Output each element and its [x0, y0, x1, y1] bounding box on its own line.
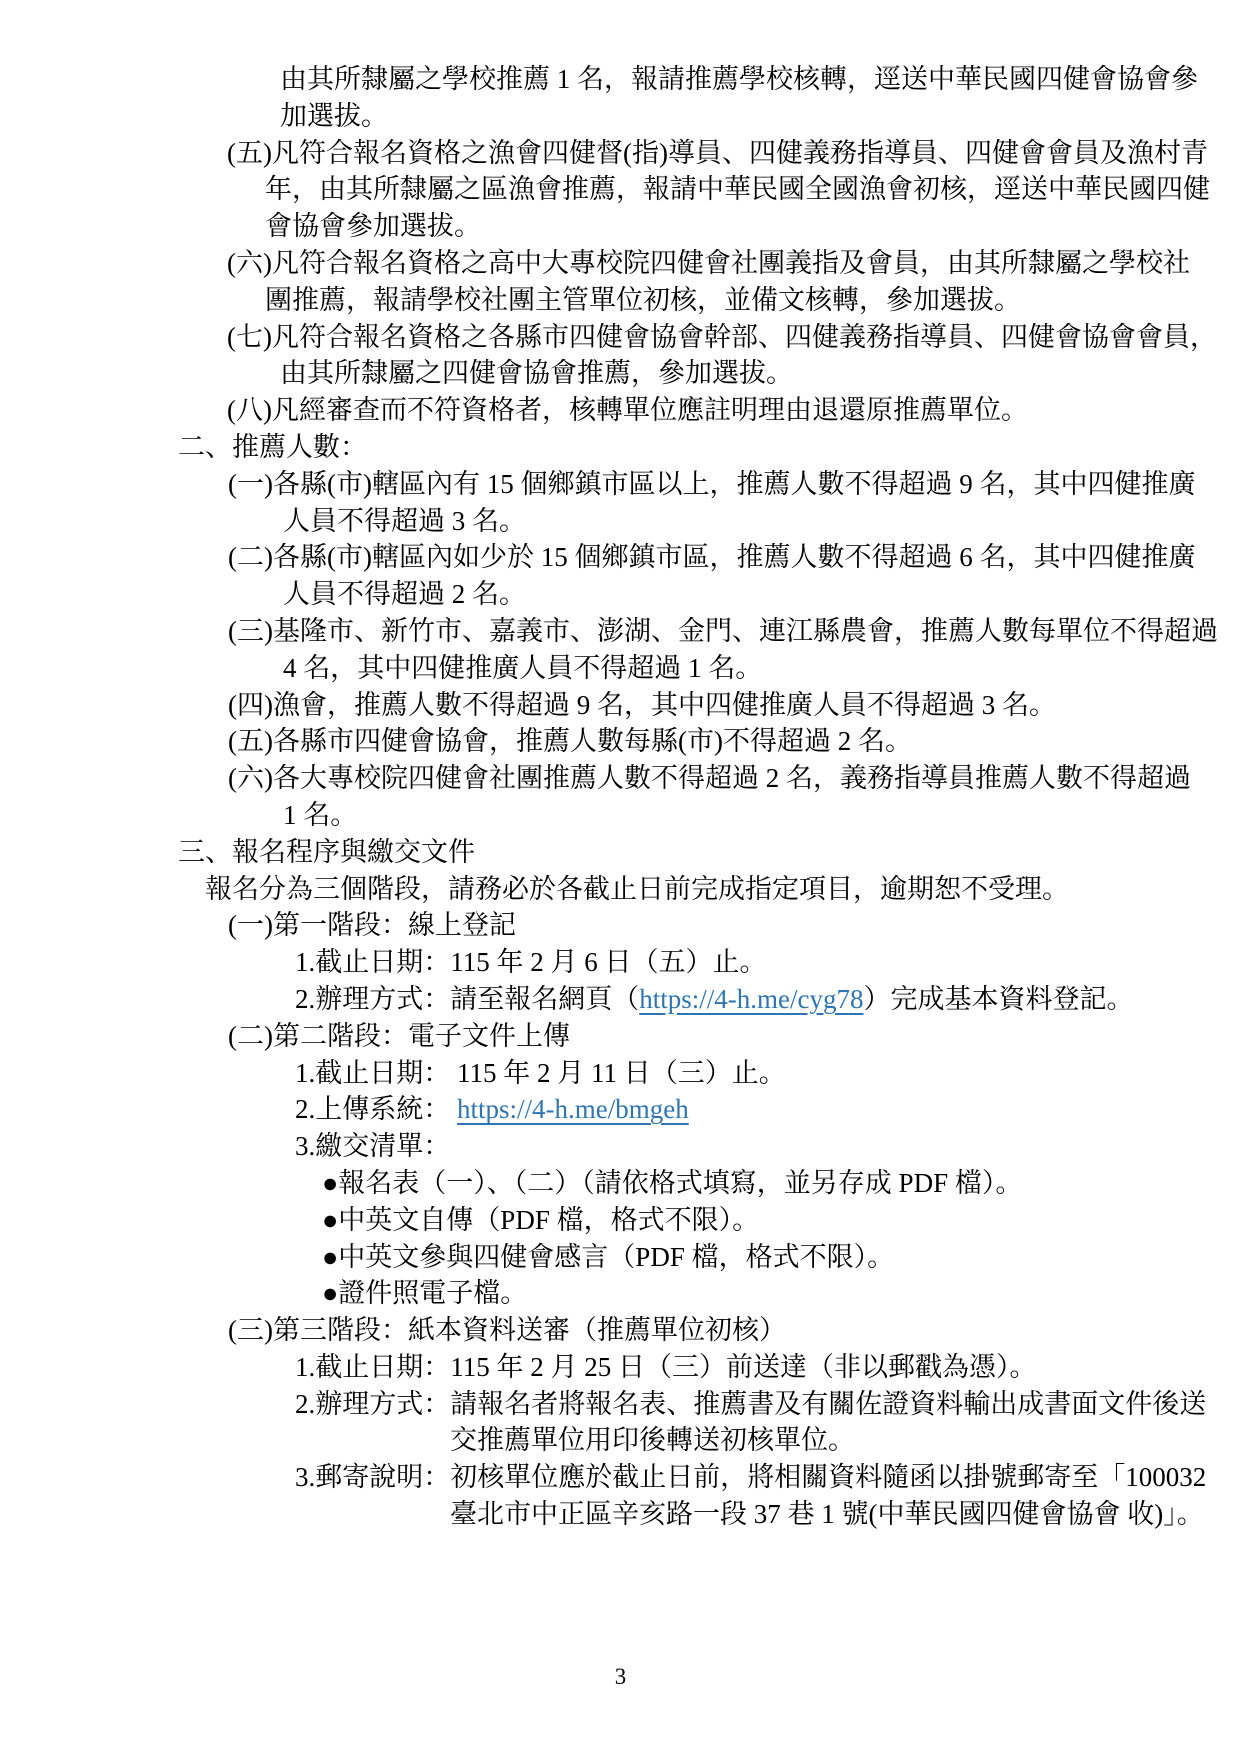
document-line: 1.截止日期：115 年 2 月 6 日（五）止。 [0, 944, 1241, 981]
document-line: 二、推薦人數： [0, 429, 1241, 466]
document-body: 由其所隸屬之學校推薦 1 名，報請推薦學校核轉，逕送中華民國四健會協會參加選拔。… [0, 61, 1241, 1533]
text-run: 3.繳交清單： [295, 1131, 450, 1161]
document-line: 報名分為三個階段，請務必於各截止日前完成指定項目，逾期恕不受理。 [0, 871, 1241, 908]
document-line: 2.辦理方式：請至報名網頁（https://4-h.me/cyg78）完成基本資… [0, 981, 1241, 1018]
text-run: 臺北市中正區辛亥路一段 37 巷 1 號(中華民國四健會協會 收)」。 [450, 1499, 1204, 1529]
document-line: 加選拔。 [0, 98, 1241, 135]
document-line: (五)各縣市四健會協會，推薦人數每縣(市)不得超過 2 名。 [0, 723, 1241, 760]
text-run: ●證件照電子檔。 [322, 1278, 527, 1308]
text-run: ）完成基本資料登記。 [863, 984, 1133, 1014]
text-run: 會協會參加選拔。 [265, 211, 481, 241]
text-run: 1.截止日期： 115 年 2 月 11 日（三）止。 [295, 1058, 786, 1088]
text-run: (二)第二階段：電子文件上傳 [228, 1021, 570, 1051]
document-line: (五)凡符合報名資格之漁會四健督(指)導員、四健義務指導員、四健會會員及漁村青 [0, 135, 1241, 172]
text-run: (七)凡符合報名資格之各縣市四健會協會幹部、四健義務指導員、四健會協會會員， [227, 322, 1217, 352]
text-run: 二、推薦人數： [178, 432, 367, 462]
text-run: 加選拔。 [280, 101, 388, 131]
document-line: 2.上傳系統： https://4-h.me/bmgeh [0, 1091, 1241, 1128]
document-line: 團推薦，報請學校社團主管單位初核，並備文核轉，參加選拔。 [0, 282, 1241, 319]
document-line: 3.郵寄說明：初核單位應於截止日前，將相關資料隨函以掛號郵寄至「100032 [0, 1459, 1241, 1496]
document-line: (八)凡經審查而不符資格者，核轉單位應註明理由退還原推薦單位。 [0, 392, 1241, 429]
text-run: (五)各縣市四健會協會，推薦人數每縣(市)不得超過 2 名。 [228, 726, 912, 756]
document-line: 會協會參加選拔。 [0, 208, 1241, 245]
text-run: (五)凡符合報名資格之漁會四健督(指)導員、四健義務指導員、四健會會員及漁村青 [227, 138, 1208, 168]
document-line: (二)各縣(市)轄區內如少於 15 個鄉鎮市區，推薦人數不得超過 6 名，其中四… [0, 539, 1241, 576]
document-line: (四)漁會，推薦人數不得超過 9 名，其中四健推廣人員不得超過 3 名。 [0, 687, 1241, 724]
document-line: 2.辦理方式：請報名者將報名表、推薦書及有關佐證資料輸出成書面文件後送 [0, 1386, 1241, 1423]
text-run: 人員不得超過 3 名。 [283, 506, 526, 536]
text-run: 交推薦單位用印後轉送初核單位。 [450, 1425, 855, 1455]
text-run: 由其所隸屬之四健會協會推薦，參加選拔。 [280, 358, 793, 388]
text-run: (六)凡符合報名資格之高中大專校院四健會社團義指及會員，由其所隸屬之學校社 [227, 248, 1190, 278]
document-line: 年，由其所隸屬之區漁會推薦，報請中華民國全國漁會初核，逕送中華民國四健 [0, 171, 1241, 208]
document-line: (二)第二階段：電子文件上傳 [0, 1018, 1241, 1055]
document-line: (一)第一階段：線上登記 [0, 907, 1241, 944]
text-run: 報名分為三個階段，請務必於各截止日前完成指定項目，逾期恕不受理。 [205, 874, 1069, 904]
text-run: (八)凡經審查而不符資格者，核轉單位應註明理由退還原推薦單位。 [227, 395, 1028, 425]
text-run: 人員不得超過 2 名。 [283, 579, 526, 609]
document-line: 人員不得超過 3 名。 [0, 503, 1241, 540]
text-run: (二)各縣(市)轄區內如少於 15 個鄉鎮市區，推薦人數不得超過 6 名，其中四… [228, 542, 1195, 572]
text-run: 年，由其所隸屬之區漁會推薦，報請中華民國全國漁會初核，逕送中華民國四健 [265, 174, 1210, 204]
document-line: 由其所隸屬之四健會協會推薦，參加選拔。 [0, 355, 1241, 392]
document-line: ●證件照電子檔。 [0, 1275, 1241, 1312]
text-run: 1.截止日期：115 年 2 月 6 日（五）止。 [295, 947, 767, 977]
text-run: ●中英文自傳（PDF 檔，格式不限）。 [322, 1205, 759, 1235]
text-run: 2.辦理方式：請報名者將報名表、推薦書及有關佐證資料輸出成書面文件後送 [295, 1389, 1206, 1419]
text-run: 1.截止日期：115 年 2 月 25 日（三）前送達（非以郵戳為憑）。 [295, 1352, 1037, 1382]
document-line: (七)凡符合報名資格之各縣市四健會協會幹部、四健義務指導員、四健會協會會員， [0, 319, 1241, 356]
document-line: 由其所隸屬之學校推薦 1 名，報請推薦學校核轉，逕送中華民國四健會協會參 [0, 61, 1241, 98]
document-line: 交推薦單位用印後轉送初核單位。 [0, 1422, 1241, 1459]
document-line: (三)第三階段：紙本資料送審（推薦單位初核） [0, 1312, 1241, 1349]
hyperlink[interactable]: https://4-h.me/cyg78 [639, 984, 863, 1014]
document-page: { "page": { "number": "3", "text_color":… [0, 0, 1241, 1755]
document-line: 臺北市中正區辛亥路一段 37 巷 1 號(中華民國四健會協會 收)」。 [0, 1496, 1241, 1533]
text-run: 2.辦理方式：請至報名網頁（ [295, 984, 639, 1014]
document-line: (三)基隆市、新竹市、嘉義市、澎湖、金門、連江縣農會，推薦人數每單位不得超過 [0, 613, 1241, 650]
text-run: (六)各大專校院四健會社團推薦人數不得超過 2 名，義務指導員推薦人數不得超過 [228, 763, 1191, 793]
document-line: (六)凡符合報名資格之高中大專校院四健會社團義指及會員，由其所隸屬之學校社 [0, 245, 1241, 282]
document-line: 1.截止日期： 115 年 2 月 11 日（三）止。 [0, 1055, 1241, 1092]
text-run: 團推薦，報請學校社團主管單位初核，並備文核轉，參加選拔。 [265, 285, 1021, 315]
text-run: ●報名表（一）、（二）（請依格式填寫，並另存成 PDF 檔）。 [322, 1168, 1022, 1198]
hyperlink[interactable]: https://4-h.me/bmgeh [457, 1094, 689, 1124]
document-line: ●報名表（一）、（二）（請依格式填寫，並另存成 PDF 檔）。 [0, 1165, 1241, 1202]
document-line: ●中英文參與四健會感言（PDF 檔，格式不限）。 [0, 1239, 1241, 1276]
document-line: 人員不得超過 2 名。 [0, 576, 1241, 613]
text-run: 由其所隸屬之學校推薦 1 名，報請推薦學校核轉，逕送中華民國四健會協會參 [280, 64, 1198, 94]
document-line: ●中英文自傳（PDF 檔，格式不限）。 [0, 1202, 1241, 1239]
text-run: (三)基隆市、新竹市、嘉義市、澎湖、金門、連江縣農會，推薦人數每單位不得超過 [228, 616, 1218, 646]
document-line: (一)各縣(市)轄區內有 15 個鄉鎮市區以上，推薦人數不得超過 9 名，其中四… [0, 466, 1241, 503]
text-run: ●中英文參與四健會感言（PDF 檔，格式不限）。 [322, 1242, 894, 1272]
text-run: 1 名。 [283, 800, 357, 830]
text-run: 三、報名程序與繳交文件 [178, 837, 475, 867]
document-line: 4 名，其中四健推廣人員不得超過 1 名。 [0, 650, 1241, 687]
page-number: 3 [0, 1662, 1241, 1692]
text-run: (一)各縣(市)轄區內有 15 個鄉鎮市區以上，推薦人數不得超過 9 名，其中四… [228, 469, 1195, 499]
document-line: 1 名。 [0, 797, 1241, 834]
document-line: 三、報名程序與繳交文件 [0, 834, 1241, 871]
document-line: 3.繳交清單： [0, 1128, 1241, 1165]
text-run: (一)第一階段：線上登記 [228, 910, 516, 940]
text-run: 3.郵寄說明：初核單位應於截止日前，將相關資料隨函以掛號郵寄至「100032 [295, 1462, 1206, 1492]
text-run: (三)第三階段：紙本資料送審（推薦單位初核） [228, 1315, 786, 1345]
text-run: 4 名，其中四健推廣人員不得超過 1 名。 [283, 653, 762, 683]
text-run: (四)漁會，推薦人數不得超過 9 名，其中四健推廣人員不得超過 3 名。 [228, 690, 1056, 720]
document-line: 1.截止日期：115 年 2 月 25 日（三）前送達（非以郵戳為憑）。 [0, 1349, 1241, 1386]
document-line: (六)各大專校院四健會社團推薦人數不得超過 2 名，義務指導員推薦人數不得超過 [0, 760, 1241, 797]
text-run: 2.上傳系統： [295, 1094, 457, 1124]
